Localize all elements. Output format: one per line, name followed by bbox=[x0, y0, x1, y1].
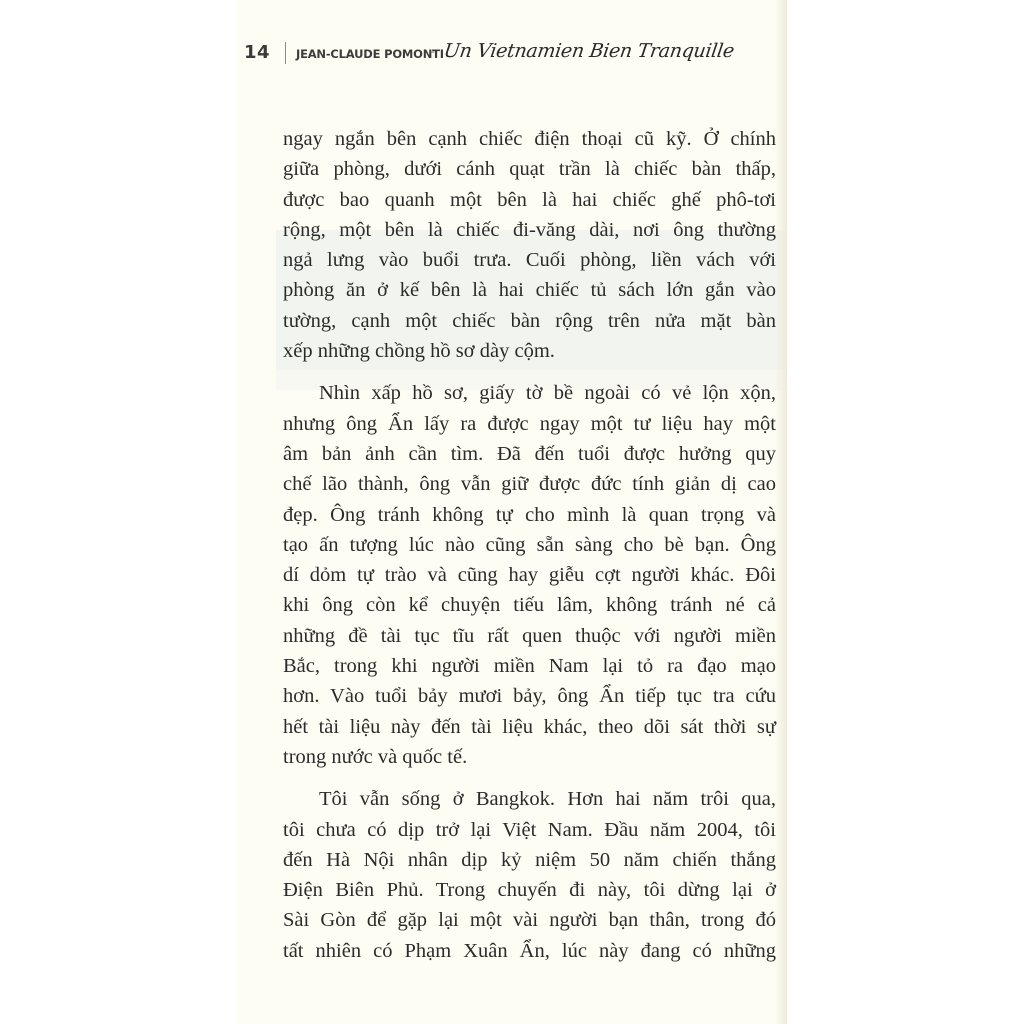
text-line: Nhìn xấp hồ sơ, giấy tờ bề ngoài có vẻ l… bbox=[283, 378, 776, 408]
book-page: 14 JEAN-CLAUDE POMONTI - Un Vietnamien B… bbox=[236, 0, 787, 1024]
book-title: Un Vietnamien Bien Tranquille bbox=[442, 40, 735, 62]
text-line: dí dỏm tự trào và cũng hay giễu cợt ngườ… bbox=[283, 560, 776, 590]
text-line: ngay ngắn bên cạnh chiếc điện thoại cũ k… bbox=[283, 124, 776, 154]
text-line: Tôi vẫn sống ở Bangkok. Hơn hai năm trôi… bbox=[283, 784, 776, 814]
text-line: ngả lưng vào buổi trưa. Cuối phòng, liền… bbox=[283, 245, 776, 275]
text-line: những đề tài tục tĩu rất quen thuộc với … bbox=[283, 621, 776, 651]
text-line: tạo ấn tượng lúc nào cũng sẵn sàng cho b… bbox=[283, 530, 776, 560]
text-line: phòng ăn ở kế bên là hai chiếc tủ sách l… bbox=[283, 275, 776, 305]
author-name: JEAN-CLAUDE POMONTI bbox=[296, 47, 444, 61]
paragraph-2: Nhìn xấp hồ sơ, giấy tờ bề ngoài có vẻ l… bbox=[283, 378, 776, 772]
paragraph-1: ngay ngắn bên cạnh chiếc điện thoại cũ k… bbox=[283, 124, 776, 366]
text-line: Điện Biên Phủ. Trong chuyến đi này, tôi … bbox=[283, 875, 776, 905]
text-line: giữa phòng, dưới cánh quạt trần là chiếc… bbox=[283, 154, 776, 184]
text-line: khi ông còn kể chuyện tiếu lâm, không tr… bbox=[283, 590, 776, 620]
text-line: trong nước và quốc tế. bbox=[283, 742, 776, 772]
running-header: 14 JEAN-CLAUDE POMONTI - Un Vietnamien B… bbox=[236, 40, 787, 70]
text-line: tôi chưa có dịp trở lại Việt Nam. Đầu nă… bbox=[283, 815, 776, 845]
paragraph-3: Tôi vẫn sống ở Bangkok. Hơn hai năm trôi… bbox=[283, 784, 776, 966]
text-line: tường, cạnh một chiếc bàn rộng trên nửa … bbox=[283, 306, 776, 336]
text-line: rộng, một bên là chiếc đi-văng dài, nơi … bbox=[283, 215, 776, 245]
text-line: được bao quanh một bên là hai chiếc ghế … bbox=[283, 185, 776, 215]
text-line: âm bản ảnh cần tìm. Đã đến tuổi được hưở… bbox=[283, 439, 776, 469]
header-divider bbox=[285, 42, 286, 64]
text-line: Bắc, trong khi người miền Nam lại tỏ ra … bbox=[283, 651, 776, 681]
text-line: hơn. Vào tuổi bảy mươi bảy, ông Ẩn tiếp … bbox=[283, 681, 776, 711]
text-line: xếp những chồng hồ sơ dày cộm. bbox=[283, 336, 776, 366]
body-text: ngay ngắn bên cạnh chiếc điện thoại cũ k… bbox=[283, 124, 776, 978]
text-line: đẹp. Ông tránh không tự cho mình là quan… bbox=[283, 500, 776, 530]
page-number: 14 bbox=[244, 42, 270, 63]
text-line: nhưng ông Ẩn lấy ra được ngay một tư liệ… bbox=[283, 409, 776, 439]
text-line: tất nhiên có Phạm Xuân Ẩn, lúc này đang … bbox=[283, 936, 776, 966]
text-line: đến Hà Nội nhân dịp kỷ niệm 50 năm chiến… bbox=[283, 845, 776, 875]
text-line: hết tài liệu này đến tài liệu khác, theo… bbox=[283, 712, 776, 742]
header-separator: - bbox=[431, 45, 435, 58]
text-line: Sài Gòn để gặp lại một vài người bạn thâ… bbox=[283, 905, 776, 935]
text-line: chế lão thành, ông vẫn giữ được đức tính… bbox=[283, 469, 776, 499]
gutter-shade bbox=[775, 0, 787, 1024]
